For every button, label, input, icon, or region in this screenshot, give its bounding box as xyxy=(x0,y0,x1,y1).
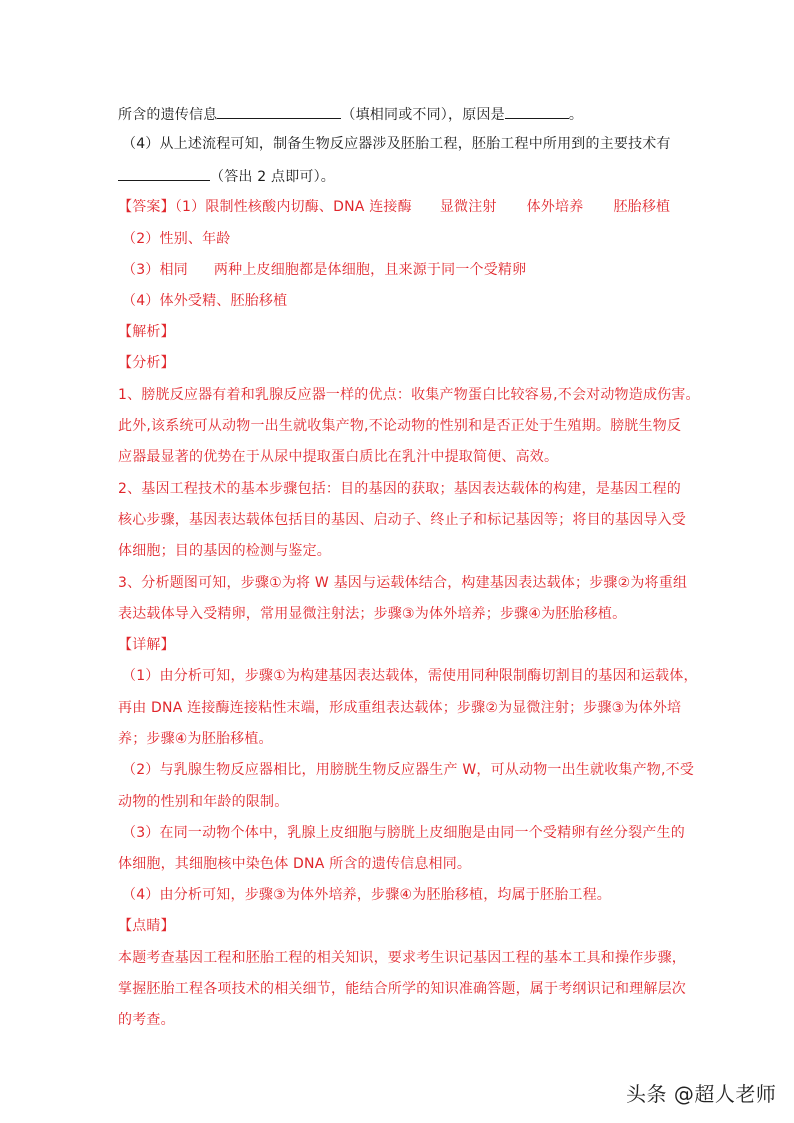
analysis-line: 体细胞；目的基因的检测与鉴定。 xyxy=(118,542,331,560)
watermark: 头条 @超人老师 xyxy=(626,1078,776,1107)
analysis-line: 此外,该系统可从动物一出生就收集产物,不论动物的性别和是否正处于生殖期。膀胱生物… xyxy=(118,417,681,435)
answer-text: 显微注射 xyxy=(440,199,497,215)
comment-line: 掌握胚胎工程各项技术的相关细节，能结合所学的知识准确答题，属于考纲识记和理解层次 xyxy=(118,980,686,998)
question-text: 所含的遗传信息 xyxy=(118,107,217,123)
comment-label: 【点睛】 xyxy=(118,917,175,935)
detail-line: （2）与乳腺生物反应器相比，用膀胱生物反应器生产 W，可从动物一出生就收集产物,… xyxy=(122,761,694,779)
answer-text: 两种上皮细胞都是体细胞，且来源于同一个受精卵 xyxy=(214,262,526,278)
question-line-1: 所含的遗传信息（填相同或不同），原因是。 xyxy=(118,104,583,124)
analysis-line: 3、分析题图可知，步骤①为将 W 基因与运载体结合，构建基因表达载体；步骤②为将… xyxy=(118,574,687,592)
fill-blank xyxy=(217,104,341,119)
fill-blank xyxy=(505,104,569,119)
analysis-line: 表达载体导入受精卵，常用显微注射法；步骤③为体外培养；步骤④为胚胎移植。 xyxy=(118,605,626,623)
detail-line: （4）由分析可知，步骤③为体外培养，步骤④为胚胎移植，均属于胚胎工程。 xyxy=(122,886,611,904)
detail-line: 再由 DNA 连接酶连接粘性末端，形成重组表达载体；步骤②为显微注射；步骤③为体… xyxy=(118,699,681,717)
comment-line: 本题考查基因工程和胚胎工程的相关知识，要求考生识记基因工程的基本工具和操作步骤， xyxy=(118,949,686,967)
question-text: 。 xyxy=(569,107,583,123)
detail-line: （1）由分析可知，步骤①为构建基因表达载体，需使用同种限制酶切割目的基因和运载体… xyxy=(122,667,698,685)
analysis-line: 应器最显著的优势在于从尿中提取蛋白质比在乳汁中提取简便、高效。 xyxy=(118,448,558,466)
detail-label: 【详解】 xyxy=(118,636,175,654)
analysis-sub-label: 【分析】 xyxy=(118,354,175,372)
answer-text: 胚胎移植 xyxy=(613,199,670,215)
comment-line: 的考查。 xyxy=(118,1011,175,1029)
question-text: （答出 2 点即可）。 xyxy=(210,169,335,185)
detail-line: 体细胞，其细胞核中染色体 DNA 所含的遗传信息相同。 xyxy=(118,855,471,873)
answer-text: 体外培养 xyxy=(527,199,584,215)
answer-line-2: （2）性别、年龄 xyxy=(122,230,231,248)
question-4-continuation: （答出 2 点即可）。 xyxy=(118,166,335,186)
answer-label: 【答案】 xyxy=(118,199,175,215)
detail-line: 养；步骤④为胚胎移植。 xyxy=(118,730,273,748)
analysis-line: 1、膀胱反应器有着和乳腺反应器一样的优点：收集产物蛋白比较容易,不会对动物造成伤… xyxy=(118,386,700,404)
answer-text: （1）限制性核酸内切酶、DNA 连接酶 xyxy=(175,199,412,215)
answer-text: （3）相同 xyxy=(122,262,188,278)
analysis-label: 【解析】 xyxy=(118,323,175,341)
analysis-line: 2、基因工程技术的基本步骤包括：目的基因的获取；基因表达载体的构建，是基因工程的 xyxy=(118,480,681,498)
answer-line-4: （4）体外受精、胚胎移植 xyxy=(122,292,287,310)
answer-line-3: （3）相同两种上皮细胞都是体细胞，且来源于同一个受精卵 xyxy=(122,261,526,279)
answer-line-1: 【答案】（1）限制性核酸内切酶、DNA 连接酶显微注射体外培养胚胎移植 xyxy=(118,198,670,216)
question-text: （填相同或不同），原因是 xyxy=(341,107,504,123)
document-page: 所含的遗传信息（填相同或不同），原因是。 （4）从上述流程可知，制备生物反应器涉… xyxy=(0,0,794,1123)
question-4: （4）从上述流程可知，制备生物反应器涉及胚胎工程，胚胎工程中所用到的主要技术有 xyxy=(122,135,671,153)
detail-line: 动物的性别和年龄的限制。 xyxy=(118,793,288,811)
fill-blank xyxy=(118,166,210,181)
detail-line: （3）在同一动物个体中，乳腺上皮细胞与膀胱上皮细胞是由同一个受精卵有丝分裂产生的 xyxy=(122,824,685,842)
analysis-line: 核心步骤，基因表达载体包括目的基因、启动子、终止子和标记基因等；将目的基因导入受 xyxy=(118,511,686,529)
